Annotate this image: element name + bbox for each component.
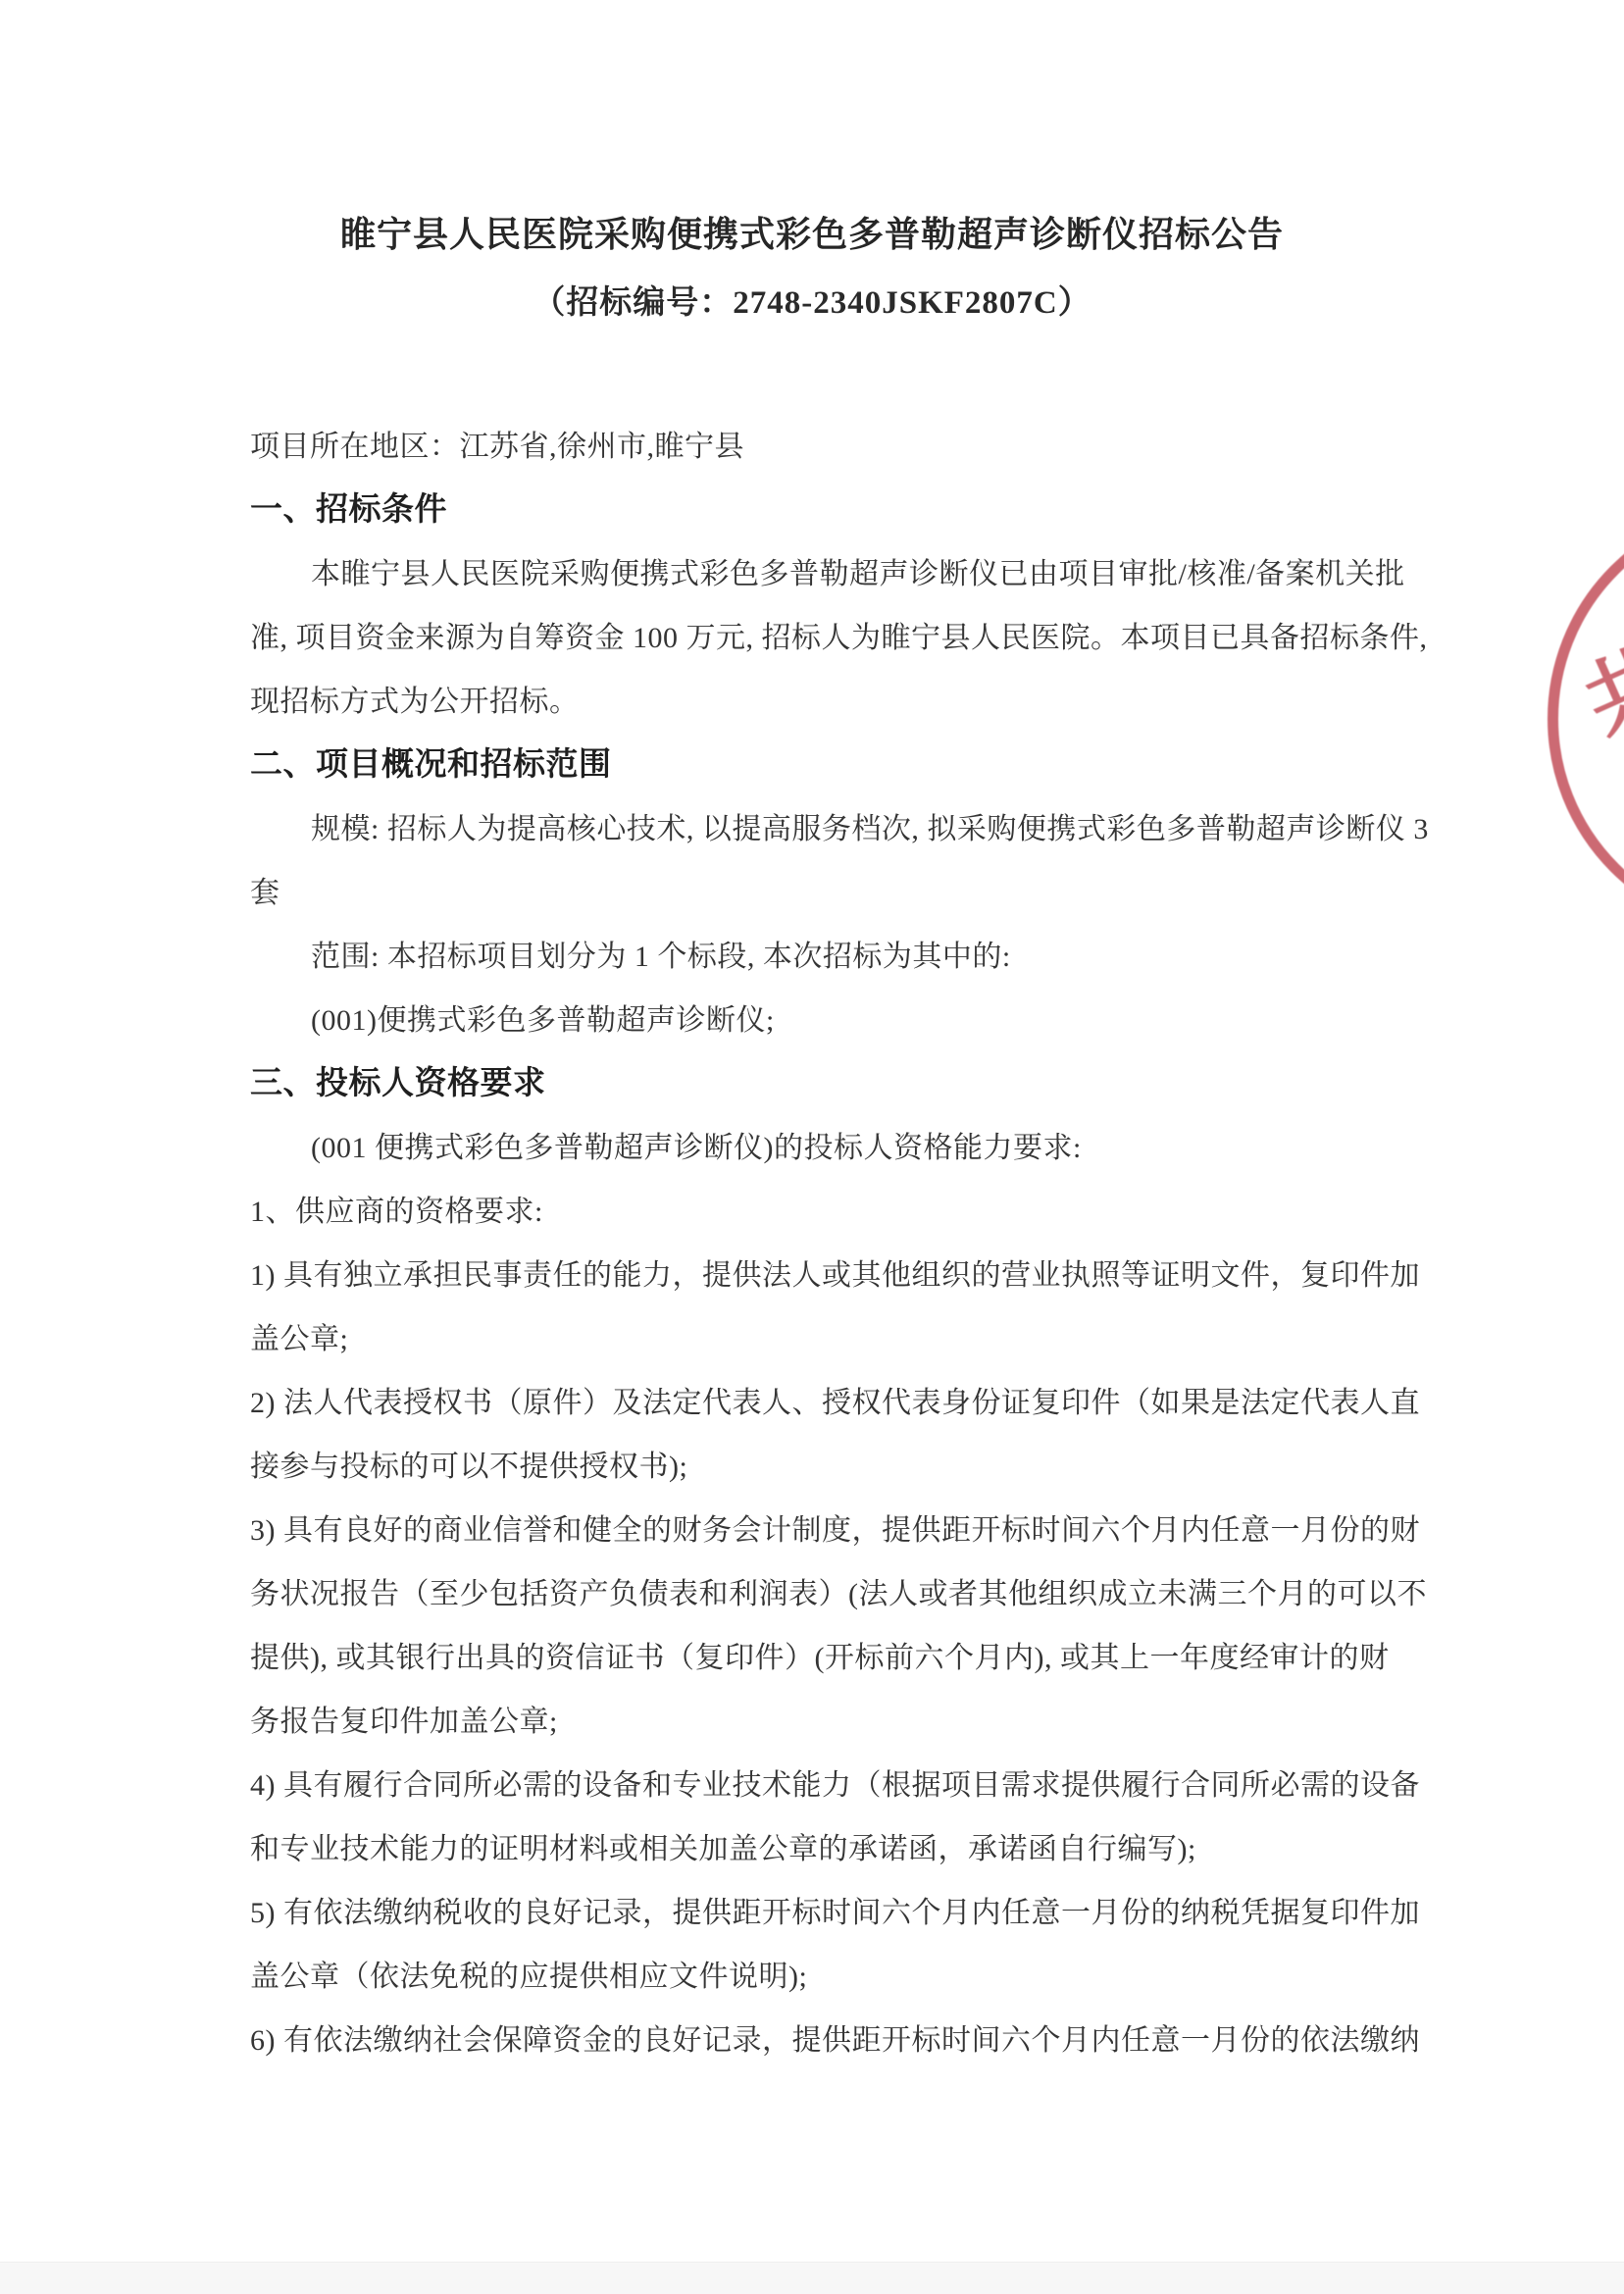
scan-edge-shadow — [0, 2262, 1624, 2294]
text-line: 提供), 或其银行出具的资信证书（复印件）(开标前六个月内), 或其上一年度经审… — [250, 1626, 1442, 1690]
text-line: 一、招标条件 — [250, 479, 1442, 542]
text-line: 规模: 招标人为提高核心技术, 以提高服务档次, 拟采购便携式彩色多普勒超声诊断… — [250, 797, 1442, 861]
text-line: (001)便携式彩色多普勒超声诊断仪; — [250, 989, 1442, 1052]
text-line: 6) 有依法缴纳社会保障资金的良好记录，提供距开标时间六个月内任意一月份的依法缴… — [250, 2009, 1442, 2072]
red-seal-stamp: 共技科公 — [1548, 503, 1624, 935]
text-line: 项目所在地区：江苏省,徐州市,睢宁县 — [250, 415, 1442, 479]
document-title: 睢宁县人民医院采购便携式彩色多普勒超声诊断仪招标公告 — [0, 210, 1624, 259]
text-line: 4) 具有履行合同所必需的设备和专业技术能力（根据项目需求提供履行合同所必需的设… — [250, 1754, 1442, 1817]
text-line: 盖公章（依法免税的应提供相应文件说明); — [250, 1945, 1442, 2009]
text-line: 2) 法人代表授权书（原件）及法定代表人、授权代表身份证复印件（如果是法定代表人… — [250, 1371, 1442, 1435]
document-body: 项目所在地区：江苏省,徐州市,睢宁县一、招标条件本睢宁县人民医院采购便携式彩色多… — [250, 415, 1442, 2072]
text-line: 现招标方式为公开招标。 — [250, 670, 1442, 734]
text-line: 本睢宁县人民医院采购便携式彩色多普勒超声诊断仪已由项目审批/核准/备案机关批 — [250, 542, 1442, 606]
text-line: 3) 具有良好的商业信誉和健全的财务会计制度，提供距开标时间六个月内任意一月份的… — [250, 1499, 1442, 1562]
text-line: 1) 具有独立承担民事责任的能力，提供法人或其他组织的营业执照等证明文件，复印件… — [250, 1244, 1442, 1307]
text-line: 盖公章; — [250, 1307, 1442, 1371]
text-line: 二、项目概况和招标范围 — [250, 734, 1442, 797]
text-line: 接参与投标的可以不提供授权书); — [250, 1435, 1442, 1499]
text-line: 套 — [250, 861, 1442, 925]
text-line: 5) 有依法缴纳税收的良好记录，提供距开标时间六个月内任意一月份的纳税凭据复印件… — [250, 1881, 1442, 1945]
text-line: 准, 项目资金来源为自筹资金 100 万元, 招标人为睢宁县人民医院。本项目已具… — [250, 606, 1442, 670]
text-line: 务状况报告（至少包括资产负债表和利润表）(法人或者其他组织成立未满三个月的可以不 — [250, 1562, 1442, 1626]
text-line: 务报告复印件加盖公章; — [250, 1690, 1442, 1754]
text-line: 三、投标人资格要求 — [250, 1052, 1442, 1116]
document-page: 睢宁县人民医院采购便携式彩色多普勒超声诊断仪招标公告 （招标编号：2748-23… — [0, 0, 1624, 2294]
text-line: 范围: 本招标项目划分为 1 个标段, 本次招标为其中的: — [250, 925, 1442, 989]
document-subtitle: （招标编号：2748-2340JSKF2807C） — [0, 279, 1624, 328]
text-line: 1、供应商的资格要求: — [250, 1180, 1442, 1244]
text-line: 和专业技术能力的证明材料或相关加盖公章的承诺函，承诺函自行编写); — [250, 1817, 1442, 1881]
text-line: (001 便携式彩色多普勒超声诊断仪)的投标人资格能力要求: — [250, 1116, 1442, 1180]
